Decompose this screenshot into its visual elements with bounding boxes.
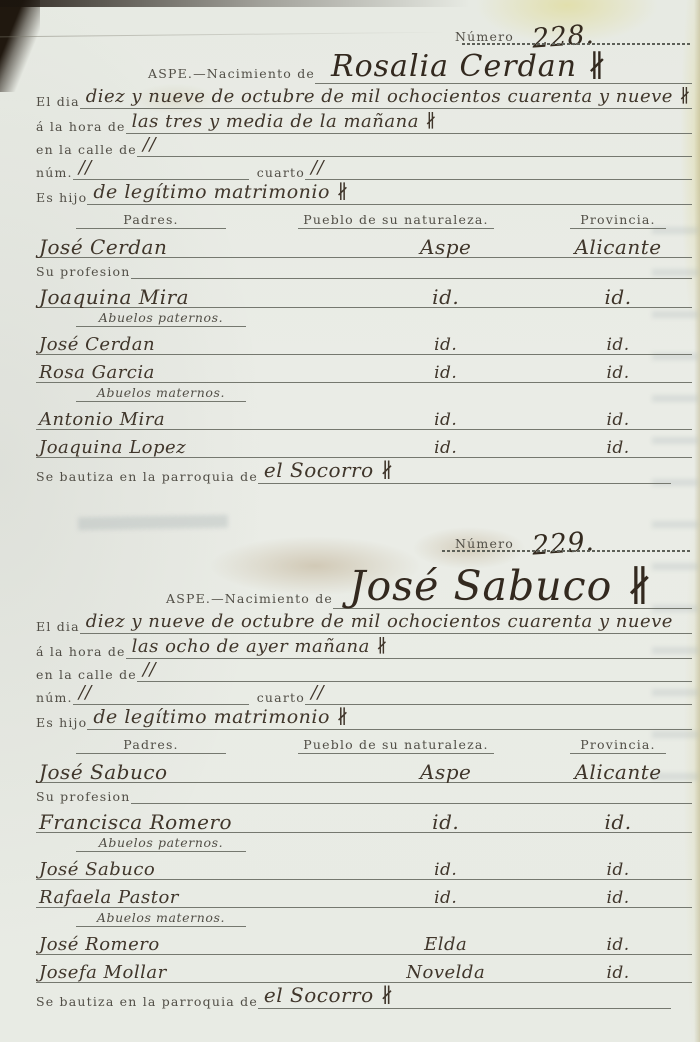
number-row: núm. // cuarto // — [36, 157, 692, 180]
numero-label: Número — [455, 536, 514, 555]
date-label: El dia — [36, 619, 80, 634]
street-row: en la calle de // — [36, 134, 692, 157]
street-label: en la calle de — [36, 667, 137, 682]
town-header: Pueblo de su naturaleza. — [298, 212, 494, 229]
profession-row: Su profesion — [36, 258, 692, 279]
maternal-grandfather-province: id. — [544, 937, 692, 954]
apartment-value: // — [311, 682, 324, 703]
baptism-label: Se bautiza en la parroquia de — [36, 994, 258, 1009]
birth-time: las tres y media de la mañana ∦ — [132, 111, 437, 132]
paternal-grandmother-name: Rafaela Pastor — [36, 889, 347, 907]
birth-date: diez y nueve de octubre de mil ochocient… — [86, 611, 673, 632]
child-name: José Sabuco ∦ — [339, 562, 653, 610]
maternal-grandmother-name: Joaquina Lopez — [36, 439, 347, 457]
birth-record-229: Número 229. ASPE.—Nacimiento de José Sab… — [36, 515, 692, 1009]
date-row: El dia diez y nueve de octubre de mil oc… — [36, 609, 692, 634]
street-value: // — [143, 134, 156, 155]
maternal-grandfather-row: Antonio Mira id. id. — [36, 402, 692, 430]
father-name: José Cerdan — [36, 237, 347, 257]
father-town: Aspe — [347, 762, 544, 782]
father-row: José Sabuco Aspe Alicante — [36, 754, 692, 783]
paternal-grandmother-row: Rosa Garcia id. id. — [36, 355, 692, 383]
paternal-grandmother-town: id. — [347, 365, 544, 382]
maternal-grandmother-province: id. — [544, 440, 692, 457]
time-row: á la hora de las tres y media de la maña… — [36, 109, 692, 134]
baptism-row: Se bautiza en la parroquia de el Socorro… — [36, 983, 692, 1009]
paternal-grandmother-name: Rosa Garcia — [36, 364, 347, 382]
province-header: Provincia. — [570, 737, 666, 754]
birth-time: las ocho de ayer mañana ∦ — [132, 636, 388, 657]
mother-town: id. — [347, 287, 544, 307]
maternal-grandfather-town: Elda — [347, 936, 544, 954]
paternal-grandmother-province: id. — [544, 365, 692, 382]
paternal-grandmother-town: id. — [347, 890, 544, 907]
legitimacy-label: Es hijo — [36, 190, 87, 205]
paternal-grandfather-name: José Sabuco — [36, 861, 347, 879]
father-province: Alicante — [544, 237, 692, 257]
numero-row: Número 228. — [36, 8, 692, 48]
baptism-row: Se bautiza en la parroquia de el Socorro… — [36, 458, 692, 484]
mother-name: Francisca Romero — [36, 812, 347, 832]
maternal-grandmother-row: Joaquina Lopez id. id. — [36, 430, 692, 458]
title-row: ASPE.—Nacimiento de José Sabuco ∦ — [36, 555, 692, 609]
time-row: á la hora de las ocho de ayer mañana ∦ — [36, 634, 692, 659]
apartment-value: // — [311, 157, 324, 178]
maternal-grandmother-name: Josefa Mollar — [36, 964, 347, 982]
mother-name: Joaquina Mira — [36, 287, 347, 307]
parents-header: Padres. — [76, 212, 226, 229]
maternal-grandfather-name: José Romero — [36, 936, 347, 954]
legitimacy-label: Es hijo — [36, 715, 87, 730]
wavy-rule — [442, 550, 692, 552]
paternal-grandfather-name: José Cerdan — [36, 336, 347, 354]
house-number-value: // — [79, 682, 92, 703]
child-name: Rosalia Cerdan ∦ — [321, 49, 608, 84]
legitimacy-row: Es hijo de legítimo matrimonio ∦ — [36, 705, 692, 730]
apartment-label: cuarto — [257, 165, 305, 180]
title-row: ASPE.—Nacimiento de Rosalia Cerdan ∦ — [36, 48, 692, 84]
maternal-grandmother-town: Novelda — [347, 964, 544, 982]
profession-label: Su profesion — [36, 264, 131, 279]
father-town: Aspe — [347, 237, 544, 257]
paternal-grandfather-town: id. — [347, 337, 544, 354]
mother-row: Francisca Romero id. id. — [36, 804, 692, 833]
maternal-grandfather-row: José Romero Elda id. — [36, 927, 692, 955]
street-label: en la calle de — [36, 142, 137, 157]
maternal-grandparents-header: Abuelos maternos. — [76, 910, 246, 927]
mother-province: id. — [544, 812, 692, 832]
birth-date: diez y nueve de octubre de mil ochocient… — [86, 86, 691, 107]
baptism-parish: el Socorro ∦ — [264, 458, 394, 482]
record-title-label: ASPE.—Nacimiento de — [166, 591, 333, 609]
father-row: José Cerdan Aspe Alicante — [36, 229, 692, 258]
paternal-grandparents-header-row: Abuelos paternos. — [36, 308, 692, 327]
date-row: El dia diez y nueve de octubre de mil oc… — [36, 84, 692, 109]
baptism-label: Se bautiza en la parroquia de — [36, 469, 258, 484]
paternal-grandmother-row: Rafaela Pastor id. id. — [36, 880, 692, 908]
numero-row: Número 229. — [36, 515, 692, 555]
paternal-grandparents-header-row: Abuelos paternos. — [36, 833, 692, 852]
baptism-parish: el Socorro ∦ — [264, 983, 394, 1007]
apartment-label: cuarto — [257, 690, 305, 705]
maternal-grandfather-name: Antonio Mira — [36, 411, 347, 429]
time-label: á la hora de — [36, 644, 126, 659]
paternal-grandparents-header: Abuelos paternos. — [76, 835, 246, 852]
paternal-grandparents-header: Abuelos paternos. — [76, 310, 246, 327]
mother-row: Joaquina Mira id. id. — [36, 279, 692, 308]
page-top-edge — [0, 0, 470, 7]
maternal-grandparents-header-row: Abuelos maternos. — [36, 908, 692, 927]
paternal-grandfather-province: id. — [544, 337, 692, 354]
legitimacy-value: de legítimo matrimonio ∦ — [93, 181, 349, 203]
paternal-grandfather-row: José Cerdan id. id. — [36, 327, 692, 355]
house-number-value: // — [79, 157, 92, 178]
street-value: // — [143, 659, 156, 680]
mother-town: id. — [347, 812, 544, 832]
paternal-grandfather-row: José Sabuco id. id. — [36, 852, 692, 880]
maternal-grandparents-header: Abuelos maternos. — [76, 385, 246, 402]
paternal-grandfather-province: id. — [544, 862, 692, 879]
legitimacy-row: Es hijo de legítimo matrimonio ∦ — [36, 180, 692, 205]
father-name: José Sabuco — [36, 762, 347, 782]
profession-row: Su profesion — [36, 783, 692, 804]
maternal-grandmother-row: Josefa Mollar Novelda id. — [36, 955, 692, 983]
column-headers: Padres. Pueblo de su naturaleza. Provinc… — [36, 205, 692, 229]
legitimacy-value: de legítimo matrimonio ∦ — [93, 706, 349, 728]
number-row: núm. // cuarto // — [36, 682, 692, 705]
wavy-rule — [462, 43, 692, 45]
maternal-grandmother-town: id. — [347, 440, 544, 457]
parents-header: Padres. — [76, 737, 226, 754]
numero-label: Número — [455, 29, 514, 48]
date-label: El dia — [36, 94, 80, 109]
mother-province: id. — [544, 287, 692, 307]
binding-corner — [0, 0, 40, 92]
father-province: Alicante — [544, 762, 692, 782]
town-header: Pueblo de su naturaleza. — [298, 737, 494, 754]
maternal-grandfather-province: id. — [544, 412, 692, 429]
birth-record-228: Número 228. ASPE.—Nacimiento de Rosalia … — [36, 8, 692, 484]
paternal-grandfather-town: id. — [347, 862, 544, 879]
paternal-grandmother-province: id. — [544, 890, 692, 907]
house-number-label: núm. — [36, 690, 73, 705]
profession-label: Su profesion — [36, 789, 131, 804]
house-number-label: núm. — [36, 165, 73, 180]
maternal-grandparents-header-row: Abuelos maternos. — [36, 383, 692, 402]
maternal-grandmother-province: id. — [544, 965, 692, 982]
street-row: en la calle de // — [36, 659, 692, 682]
maternal-grandfather-town: id. — [347, 412, 544, 429]
record-title-label: ASPE.—Nacimiento de — [148, 66, 315, 84]
register-page: Número 228. ASPE.—Nacimiento de Rosalia … — [0, 0, 700, 1042]
column-headers: Padres. Pueblo de su naturaleza. Provinc… — [36, 730, 692, 754]
time-label: á la hora de — [36, 119, 126, 134]
province-header: Provincia. — [570, 212, 666, 229]
